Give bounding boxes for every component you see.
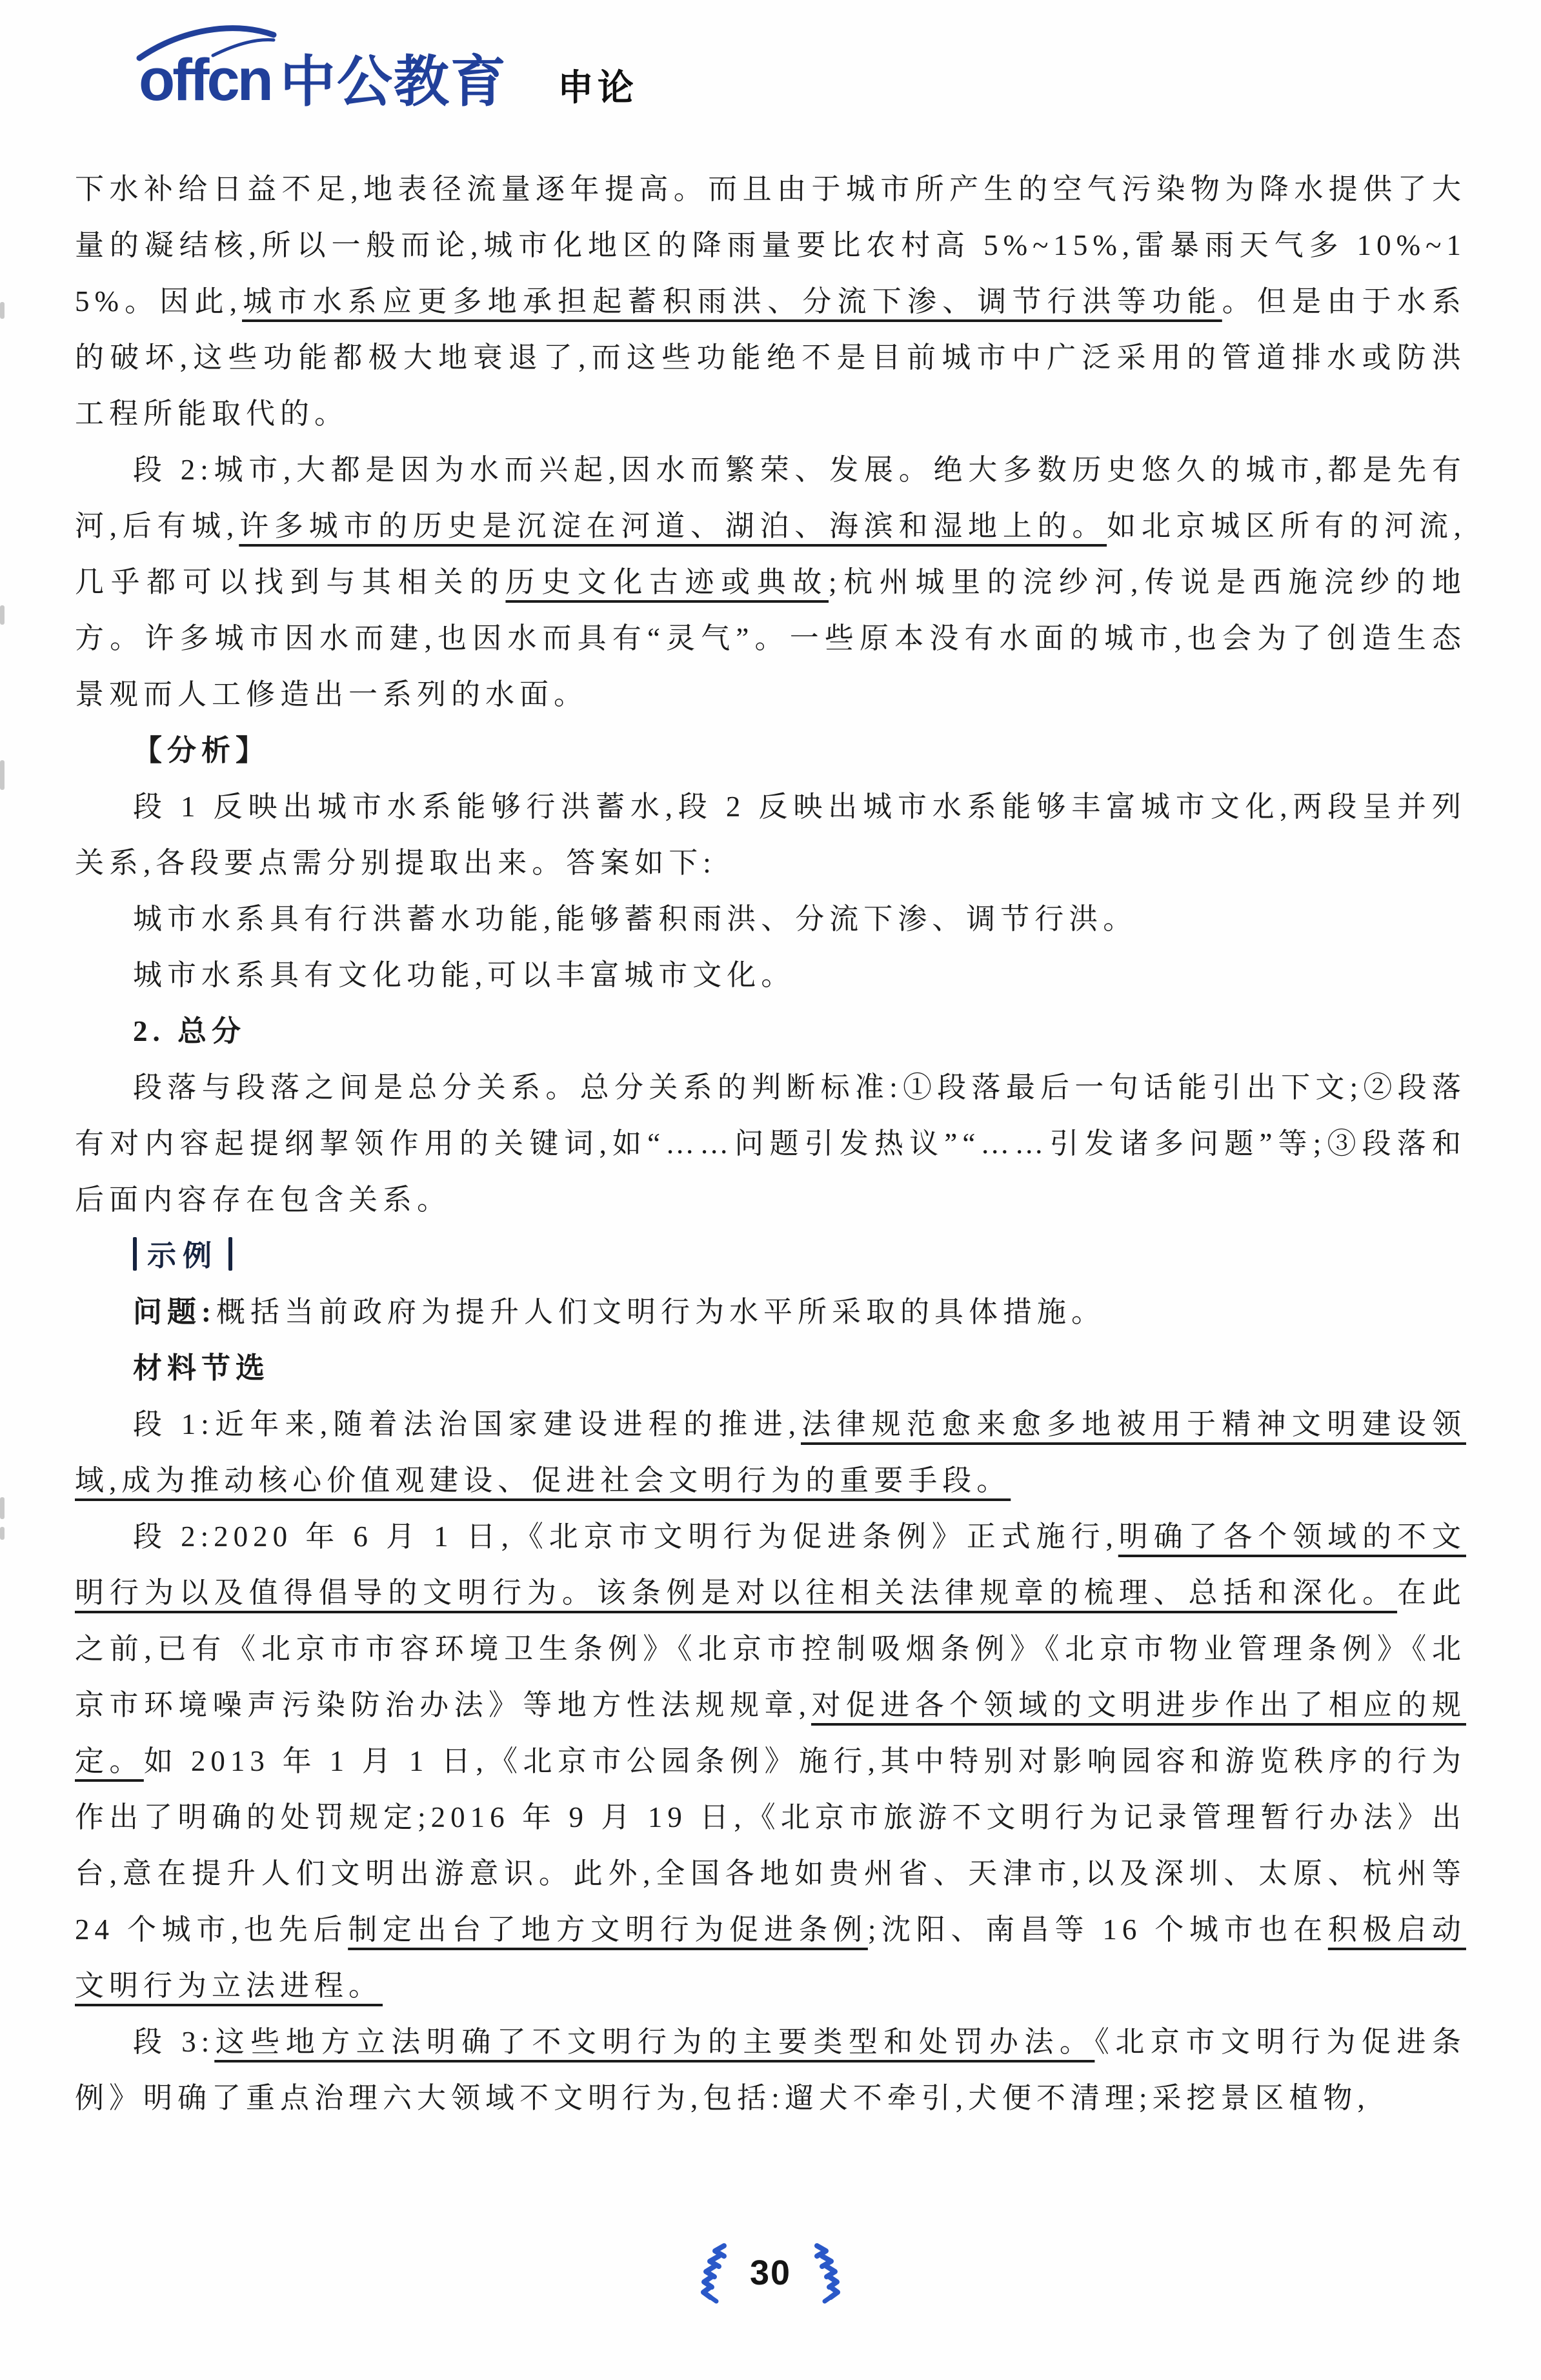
scan-artifact <box>0 760 5 790</box>
scan-artifact <box>0 605 5 625</box>
body-paragraph: 段 2:2020 年 6 月 1 日,《北京市文明行为促进条例》正式施行,明确了… <box>75 1509 1466 2014</box>
body-paragraph-continued: 下水补给日益不足,地表径流量逐年提高。而且由于城市所产生的空气污染物为降水提供了… <box>75 161 1466 442</box>
scan-artifact <box>0 1497 5 1519</box>
text-run: 城市水系具有文化功能,可以丰富城市文化。 <box>133 959 795 991</box>
scan-artifact <box>0 1527 5 1540</box>
scan-artifact <box>0 302 5 319</box>
text-run: 城市水系具有行洪蓄水功能,能够蓄积雨洪、分流下渗、调节行洪。 <box>133 903 1137 935</box>
underlined-text: 制定出台了地方文明行为促进条例 <box>348 1913 868 1946</box>
bold-text: 2. 总分 <box>133 1015 246 1047</box>
body-paragraph: 段 2:城市,大都是因为水而兴起,因水而繁荣、发展。绝大多数历史悠久的城市,都是… <box>75 442 1466 723</box>
example-label: 示例 <box>147 1240 218 1272</box>
vertical-bar-icon <box>133 1237 137 1271</box>
offcn-logo: offcn <box>139 50 271 110</box>
body-paragraph: 段 1:近年来,随着法治国家建设进程的推进,法律规范愈来愈多地被用于精神文明建设… <box>75 1397 1466 1509</box>
bold-text: 【分析】 <box>133 734 270 767</box>
vertical-bar-icon <box>228 1237 232 1271</box>
underlined-text: 历史文化古迹或典故 <box>505 566 829 598</box>
wheat-ear-right-icon <box>811 2242 847 2304</box>
wheat-ear-left-icon <box>694 2242 730 2304</box>
page-header: offcn 中公教育 申论 <box>139 50 638 110</box>
document-body: 下水补给日益不足,地表径流量逐年提高。而且由于城市所产生的空气污染物为降水提供了… <box>75 161 1466 2126</box>
logo-swoosh-icon <box>136 21 277 65</box>
underlined-text: 城市水系应更多地承担起蓄积雨洪、分流下渗、调节行洪等功能 <box>242 285 1222 318</box>
body-paragraph: 段落与段落之间是总分关系。总分关系的判断标准:①段落最后一句话能引出下文;②段落… <box>75 1060 1466 1228</box>
page-number: 30 <box>750 2253 791 2293</box>
body-paragraph: 城市水系具有文化功能,可以丰富城市文化。 <box>75 947 1466 1003</box>
bold-text: 材料节选 <box>133 1352 270 1384</box>
document-page: offcn 中公教育 申论 下水补给日益不足,地表径流量逐年提高。而且由于城市所… <box>0 0 1541 2380</box>
bold-text: 问题: <box>133 1296 216 1328</box>
body-paragraph: 段 3:这些地方立法明确了不文明行为的主要类型和处罚办法。《北京市文明行为促进条… <box>75 2014 1466 2126</box>
text-run: 段落与段落之间是总分关系。总分关系的判断标准:①段落最后一句话能引出下文;②段落… <box>75 1071 1466 1216</box>
underlined-text: 这些地方立法明确了不文明行为的主要类型和处罚办法。 <box>214 2026 1094 2058</box>
body-paragraph: 城市水系具有行洪蓄水功能,能够蓄积雨洪、分流下渗、调节行洪。 <box>75 891 1466 947</box>
analysis-heading: 【分析】 <box>75 723 1466 779</box>
material-heading: 材料节选 <box>75 1340 1466 1397</box>
body-paragraph: 段 1 反映出城市水系能够行洪蓄水,段 2 反映出城市水系能够丰富城市文化,两段… <box>75 779 1466 891</box>
subject-label: 申论 <box>558 70 638 110</box>
underlined-text: 许多城市的历史是沉淀在河道、湖泊、海滨和湿地上的。 <box>239 510 1107 542</box>
text-run: ;沈阳、南昌等 16 个城市也在 <box>868 1913 1328 1946</box>
page-footer: 30 <box>0 2242 1541 2304</box>
text-run: 概括当前政府为提升人们文明行为水平所采取的具体措施。 <box>216 1296 1105 1328</box>
logo-chinese-text: 中公教育 <box>280 54 507 110</box>
text-run: 段 3: <box>133 2026 214 2058</box>
text-run: 段 1 反映出城市水系能够行洪蓄水,段 2 反映出城市水系能够丰富城市文化,两段… <box>75 791 1466 879</box>
text-run: 段 1:近年来,随着法治国家建设进程的推进, <box>133 1408 801 1440</box>
question-paragraph: 问题:概括当前政府为提升人们文明行为水平所采取的具体措施。 <box>75 1284 1466 1340</box>
example-marker: 示例 <box>75 1228 1466 1284</box>
text-run: 段 2:2020 年 6 月 1 日,《北京市文明行为促进条例》正式施行, <box>133 1520 1118 1553</box>
numbered-heading: 2. 总分 <box>75 1003 1466 1060</box>
